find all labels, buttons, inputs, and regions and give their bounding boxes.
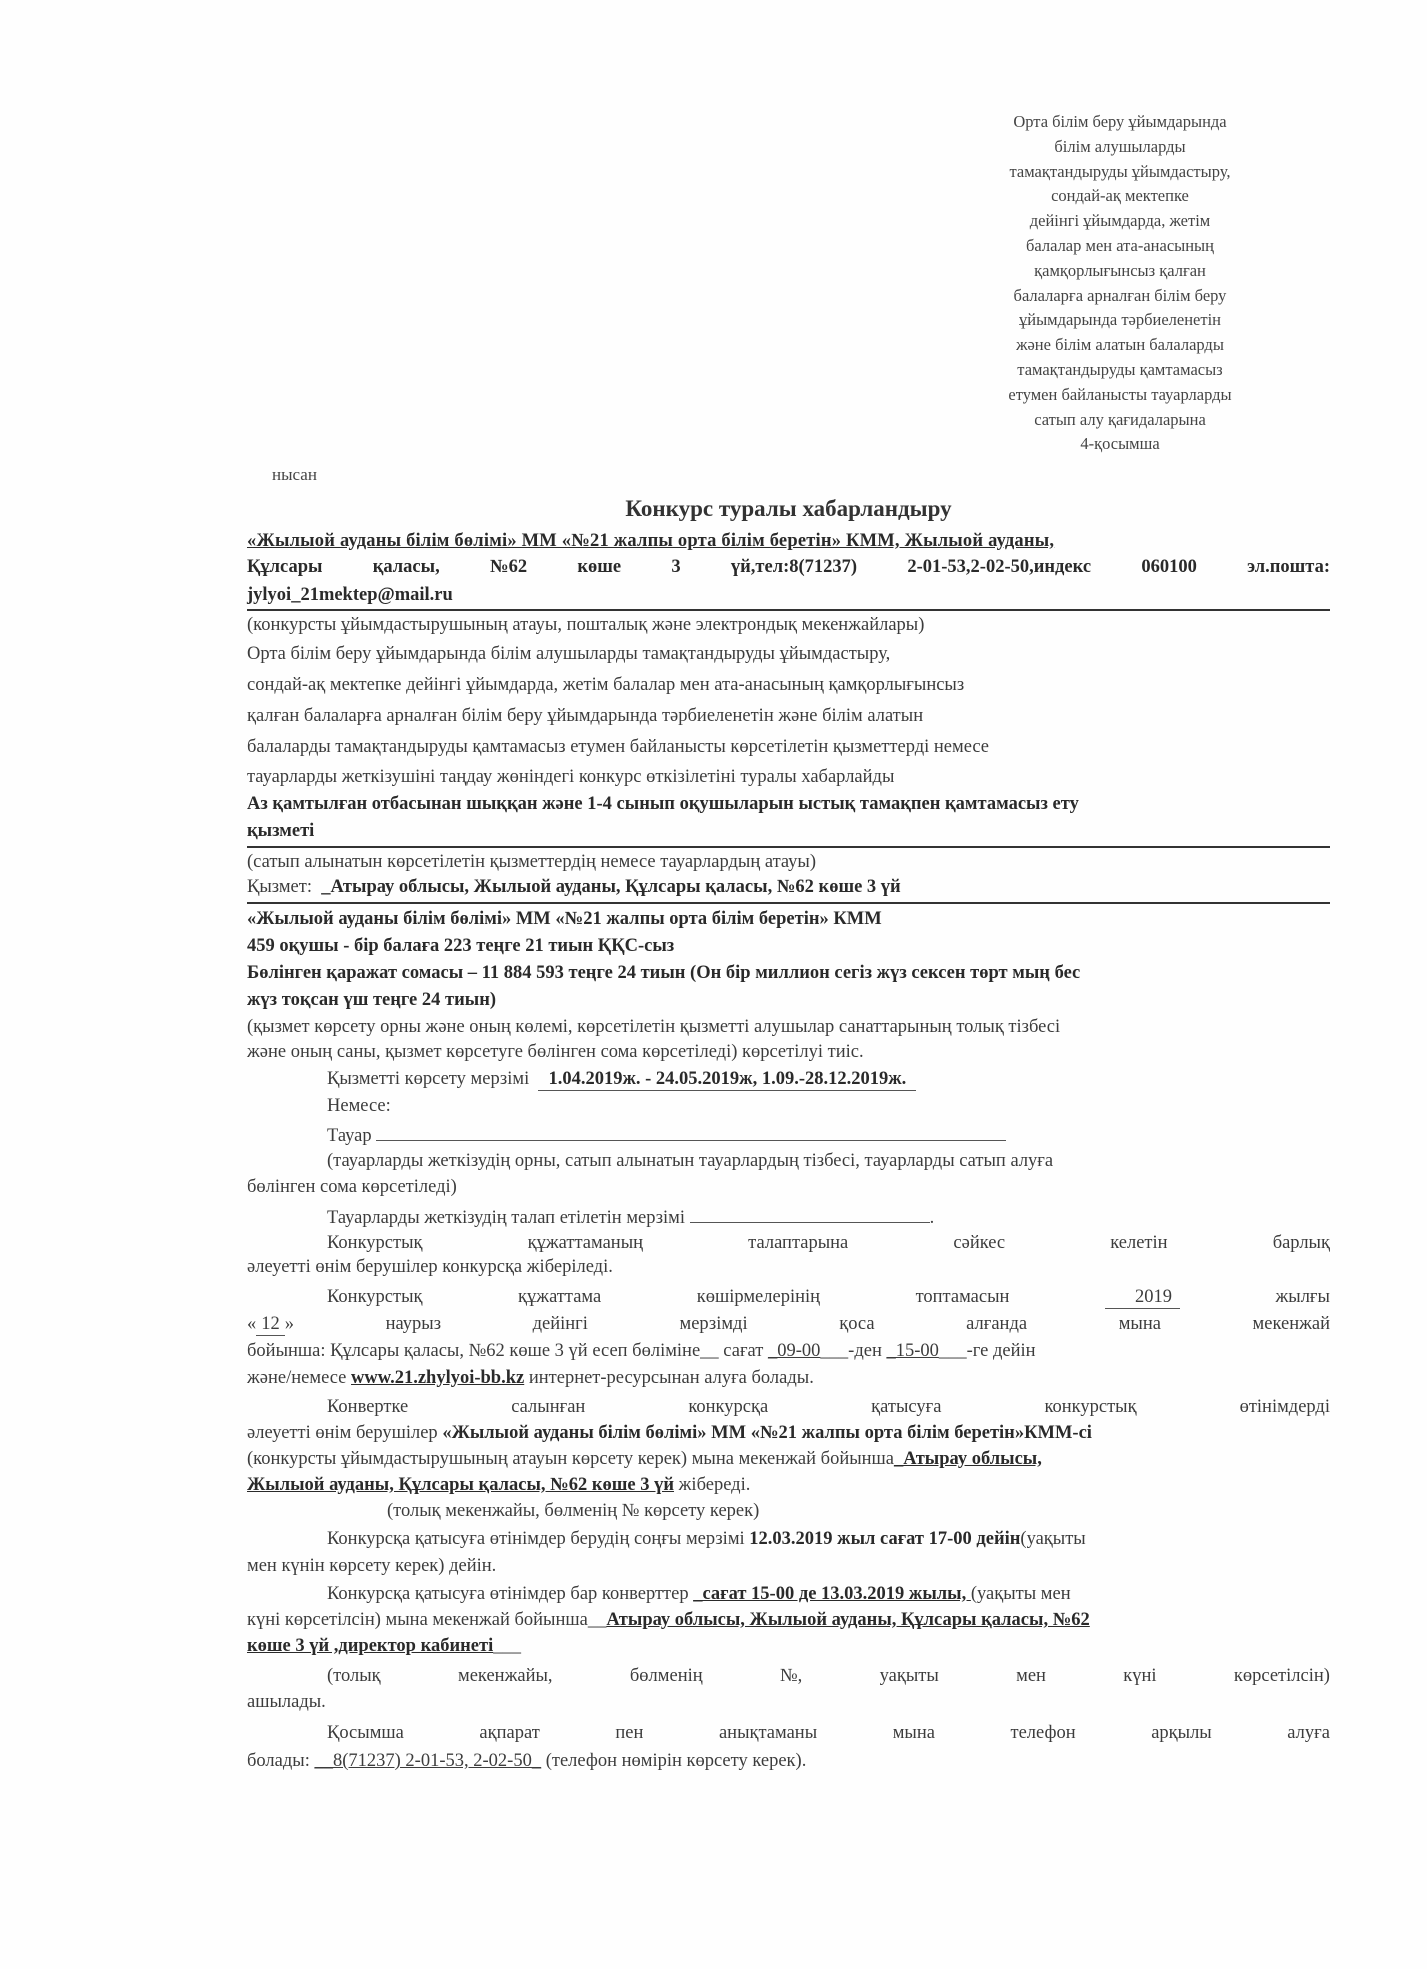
appendix-header: Орта білім беру ұйымдарында білім алушыл… xyxy=(985,110,1255,457)
organizer-email: jylyoi_21mektep@mail.ru xyxy=(247,584,1330,606)
word: мерзімді xyxy=(680,1313,748,1336)
opening-line-2: күні көрсетілсін) мына мекенжай бойынша_… xyxy=(247,1609,1330,1631)
service-name: Аз қамтылған отбасынан шыққан және 1-4 с… xyxy=(247,793,1330,815)
word: көрсетілсін) xyxy=(1234,1665,1330,1687)
word: Конкурстық xyxy=(327,1232,423,1254)
text: әлеуетті өнім берушілер xyxy=(247,1423,442,1443)
word: конкурсқа xyxy=(688,1396,768,1418)
documents-line-2: «12» наурыз дейінгі мерзімді қоса алғанд… xyxy=(247,1313,1330,1336)
word: үй,тел:8(71237) xyxy=(731,556,857,578)
word: талаптарына xyxy=(748,1232,848,1254)
goods-blank xyxy=(376,1122,1006,1141)
word: келетін xyxy=(1110,1232,1167,1254)
word: топтамасын xyxy=(916,1286,1010,1309)
word: Конкурстық xyxy=(327,1286,423,1309)
word: қаласы, xyxy=(373,556,440,578)
form-label: нысан xyxy=(272,465,317,485)
appendix-line: 4-қосымша xyxy=(985,432,1255,457)
service-period-label: Қызметті көрсету мерзімі xyxy=(327,1069,529,1089)
submission-address: _Атырау облысы, xyxy=(894,1449,1042,1469)
text: күні көрсетілсін) мына мекенжай бойынша_… xyxy=(247,1610,606,1630)
word: мына xyxy=(1119,1313,1161,1336)
opening-line-1: Конкурсқа қатысуға өтінімдер бар конверт… xyxy=(247,1583,1410,1605)
intro-line: тауарларды жеткізушіні таңдау жөніндегі … xyxy=(247,766,1330,788)
word: ақпарат xyxy=(479,1722,539,1744)
deadline-line: Конкурсқа қатысуға өтінімдер берудің соң… xyxy=(247,1528,1410,1550)
word: телефон xyxy=(1011,1722,1076,1744)
text: (телефон нөмірін көрсету керек). xyxy=(546,1751,807,1771)
service-period: Қызметті көрсету мерзімі 1.04.2019ж. - 2… xyxy=(247,1068,1410,1091)
word: (толық xyxy=(327,1665,381,1687)
word: алуға xyxy=(1287,1722,1330,1744)
text: интернет-ресурсынан алуға болады. xyxy=(524,1368,814,1388)
submission-address-cont: Жылыой ауданы, Құлсары қаласы, №62 көше … xyxy=(247,1475,674,1495)
word: Құлсары xyxy=(247,556,322,578)
opening-time: _сағат 15-00 де 13.03.2019 жылы, xyxy=(693,1584,971,1604)
service-students: 459 оқушы - бір балаға 223 теңге 21 тиын… xyxy=(247,935,1330,957)
word: 3 xyxy=(671,556,680,578)
service-caption: (сатып алынатын көрсетілетін қызметтерді… xyxy=(247,851,1330,873)
delivery-period: Тауарларды жеткізудің талап етілетін мер… xyxy=(247,1204,1410,1229)
word: бөлменің xyxy=(630,1665,703,1687)
submission-line-3: (конкурсты ұйымдастырушының атауын көрсе… xyxy=(247,1448,1330,1470)
word: эл.пошта: xyxy=(1247,556,1330,578)
submission-caption: (толық мекенжайы, бөлменің № көрсету кер… xyxy=(247,1500,1330,1522)
opening-address: Атырау облысы, Жылыой ауданы, Құлсары қа… xyxy=(606,1610,1089,1630)
appendix-line: сондай-ақ мектепке xyxy=(985,184,1255,209)
appendix-line: балалар мен ата-анасының xyxy=(985,234,1255,259)
contact-line-1: Қосымша ақпарат пен анықтаманы мына теле… xyxy=(247,1722,1330,1744)
word: мекенжайы, xyxy=(458,1665,553,1687)
word: пен xyxy=(615,1722,643,1744)
appendix-line: дейінгі ұйымдарда, жетім xyxy=(985,209,1255,234)
intro-line: балаларды тамақтандыруды қамтамасыз етум… xyxy=(247,736,1330,758)
text: (уақыты мен xyxy=(971,1584,1071,1604)
service-amount-cont: жүз тоқсан үш теңге 24 тиын) xyxy=(247,989,1330,1011)
opening-caption: (толық мекенжайы, бөлменің №, уақыты мен… xyxy=(247,1665,1330,1687)
divider xyxy=(247,609,1330,611)
delivery-blank xyxy=(690,1204,930,1223)
eligibility-line: Конкурстық құжаттаманың талаптарына сәйк… xyxy=(247,1232,1330,1254)
text: (конкурсты ұйымдастырушының атауын көрсе… xyxy=(247,1449,894,1469)
word: көшірмелерінің xyxy=(697,1286,820,1309)
appendix-line: және білім алатын балаларды xyxy=(985,333,1255,358)
word: салынған xyxy=(511,1396,585,1418)
scope-caption-cont: және оның саны, қызмет көрсетуге бөлінге… xyxy=(247,1041,1330,1063)
word: конкурстық xyxy=(1044,1396,1136,1418)
submission-line-2: әлеуетті өнім берушілер «Жылыой ауданы б… xyxy=(247,1422,1330,1444)
word: наурыз xyxy=(386,1313,441,1336)
appendix-line: балаларға арналған білім беру xyxy=(985,284,1255,309)
text: (уақыты xyxy=(1020,1529,1085,1549)
documents-year: 2019 xyxy=(1105,1286,1180,1309)
delivery-label: Тауарларды жеткізудің талап етілетін мер… xyxy=(327,1208,685,1228)
word: Конвертке xyxy=(327,1396,408,1418)
divider xyxy=(247,846,1330,848)
text: Конкурсқа қатысуға өтінімдер берудің соң… xyxy=(327,1529,749,1549)
organizer-name: «Жылыой ауданы білім бөлімі» ММ «№21 жал… xyxy=(442,1423,1092,1443)
submission-line-1: Конвертке салынған конкурсқа қатысуға ко… xyxy=(247,1396,1330,1418)
word: №62 xyxy=(490,556,527,578)
documents-line-4: және/немесе www.21.zhylyoi-bb.kz интерне… xyxy=(247,1367,1330,1389)
word: №, xyxy=(780,1665,802,1687)
word: мекенжай xyxy=(1253,1313,1330,1336)
appendix-line: қамқорлығынсыз қалған xyxy=(985,259,1255,284)
documents-line-1: Конкурстық құжаттама көшірмелерінің топт… xyxy=(247,1286,1330,1309)
service-name-cont: қызметі xyxy=(247,820,1330,842)
submission-line-4: Жылыой ауданы, Құлсары қаласы, №62 көше … xyxy=(247,1474,1330,1496)
document-page: Орта білім беру ұйымдарында білім алушыл… xyxy=(0,0,1427,1969)
deadline-value: 12.03.2019 жыл сағат 17-00 дейін xyxy=(749,1529,1020,1549)
word: сәйкес xyxy=(953,1232,1005,1254)
contact-line-2: болады: __8(71237) 2-01-53, 2-02-50_ (те… xyxy=(247,1750,1330,1772)
goods-label: Тауар xyxy=(327,1126,372,1146)
organizer-line-1: «Жылыой ауданы білім бөлімі» ММ «№21 жал… xyxy=(247,530,1330,552)
word: арқылы xyxy=(1151,1722,1212,1744)
word: қоса xyxy=(839,1313,874,1336)
appendix-line: Орта білім беру ұйымдарында xyxy=(985,110,1255,135)
service-location-value: _Атырау облысы, Жылыой ауданы, Құлсары қ… xyxy=(321,877,900,897)
goods-caption: (тауарларды жеткізудің орны, сатып алына… xyxy=(247,1150,1410,1172)
text: болады: xyxy=(247,1751,314,1771)
goods-caption-cont: бөлінген сома көрсетіледі) xyxy=(247,1176,1330,1198)
word: жылғы xyxy=(1275,1286,1329,1309)
opening-address-cont: көше 3 үй ,директор кабинеті xyxy=(247,1636,493,1656)
word: 2-01-53,2-02-50,индекс xyxy=(907,556,1091,578)
service-period-value: 1.04.2019ж. - 24.05.2019ж, 1.09.-28.12.2… xyxy=(538,1068,916,1091)
organizer-caption: (конкурсты ұйымдастырушының атауы, пошта… xyxy=(247,614,1330,636)
opening-line-3: көше 3 үй ,директор кабинеті___ xyxy=(247,1635,1330,1657)
word: алғанда xyxy=(966,1313,1027,1336)
service-location-label: Қызмет: xyxy=(247,877,312,897)
eligibility-cont: әлеуетті өнім берушілер конкурсқа жібері… xyxy=(247,1256,1330,1278)
appendix-line: білім алушыларды xyxy=(985,135,1255,160)
deadline-cont: мен күнін көрсету керек) дейін. xyxy=(247,1555,1330,1577)
text: ___-ге дейін xyxy=(939,1341,1036,1361)
text: Конкурсқа қатысуға өтінімдер бар конверт… xyxy=(327,1584,693,1604)
service-location: Қызмет: _Атырау облысы, Жылыой ауданы, Қ… xyxy=(247,876,1330,898)
appendix-line: етумен байланысты тауарларды xyxy=(985,383,1255,408)
word: дейінгі xyxy=(533,1313,588,1336)
intro-line: Орта білім беру ұйымдарында білім алушыл… xyxy=(247,643,1330,665)
opening-caption-cont: ашылады. xyxy=(247,1691,1330,1713)
word: құжаттама xyxy=(518,1286,601,1309)
word: анықтаманы xyxy=(719,1722,817,1744)
word: көше xyxy=(577,556,621,578)
service-amount: Бөлінген қаражат сомасы – 11 884 593 тең… xyxy=(247,962,1330,984)
word: Қосымша xyxy=(327,1722,404,1744)
word: мен xyxy=(1016,1665,1046,1687)
documents-address: бойынша: Құлсары қаласы, №62 көше 3 үй е… xyxy=(247,1341,768,1361)
appendix-line: тамақтандыруды қамтамасыз xyxy=(985,358,1255,383)
word: күні xyxy=(1123,1665,1156,1687)
documents-line-3: бойынша: Құлсары қаласы, №62 көше 3 үй е… xyxy=(247,1340,1330,1362)
intro-line: сондай-ақ мектепке дейінгі ұйымдарда, же… xyxy=(247,674,1330,696)
documents-time-to: _15-00 xyxy=(886,1341,938,1361)
page-title: Конкурс туралы хабарландыру xyxy=(247,496,1330,522)
intro-line: қалған балаларға арналған білім беру ұйы… xyxy=(247,705,1330,727)
text: ___ xyxy=(493,1636,521,1656)
scope-caption: (қызмет көрсету орны және оның көлемі, к… xyxy=(247,1016,1330,1038)
word: мына xyxy=(893,1722,935,1744)
text: жібереді. xyxy=(674,1475,750,1495)
goods-line: Тауар xyxy=(247,1122,1410,1147)
contact-phone: __8(71237) 2-01-53, 2-02-50_ xyxy=(314,1751,541,1771)
appendix-line: сатып алу қағидаларына xyxy=(985,408,1255,433)
website-link[interactable]: www.21.zhylyoi-bb.kz xyxy=(351,1368,524,1388)
appendix-line: ұйымдарында тәрбиеленетін xyxy=(985,308,1255,333)
word: өтінімдерді xyxy=(1240,1396,1330,1418)
organizer-line-2: Құлсары қаласы, №62 көше 3 үй,тел:8(7123… xyxy=(247,556,1330,578)
service-org: «Жылыой ауданы білім бөлімі» ММ «№21 жал… xyxy=(247,908,1330,930)
word: барлық xyxy=(1273,1232,1330,1254)
word: 060100 xyxy=(1141,556,1197,578)
documents-day-wrap: «12» xyxy=(247,1313,294,1336)
word: уақыты xyxy=(880,1665,939,1687)
divider xyxy=(247,902,1330,904)
appendix-line: тамақтандыруды ұйымдастыру, xyxy=(985,160,1255,185)
documents-time-from: _09-00 xyxy=(768,1341,820,1361)
word: қатысуға xyxy=(871,1396,941,1418)
text: ___-ден xyxy=(820,1341,886,1361)
text: және/немесе xyxy=(247,1368,351,1388)
word: құжаттаманың xyxy=(528,1232,643,1254)
documents-day: 12 xyxy=(256,1313,285,1336)
or-label: Немесе: xyxy=(247,1095,1410,1117)
